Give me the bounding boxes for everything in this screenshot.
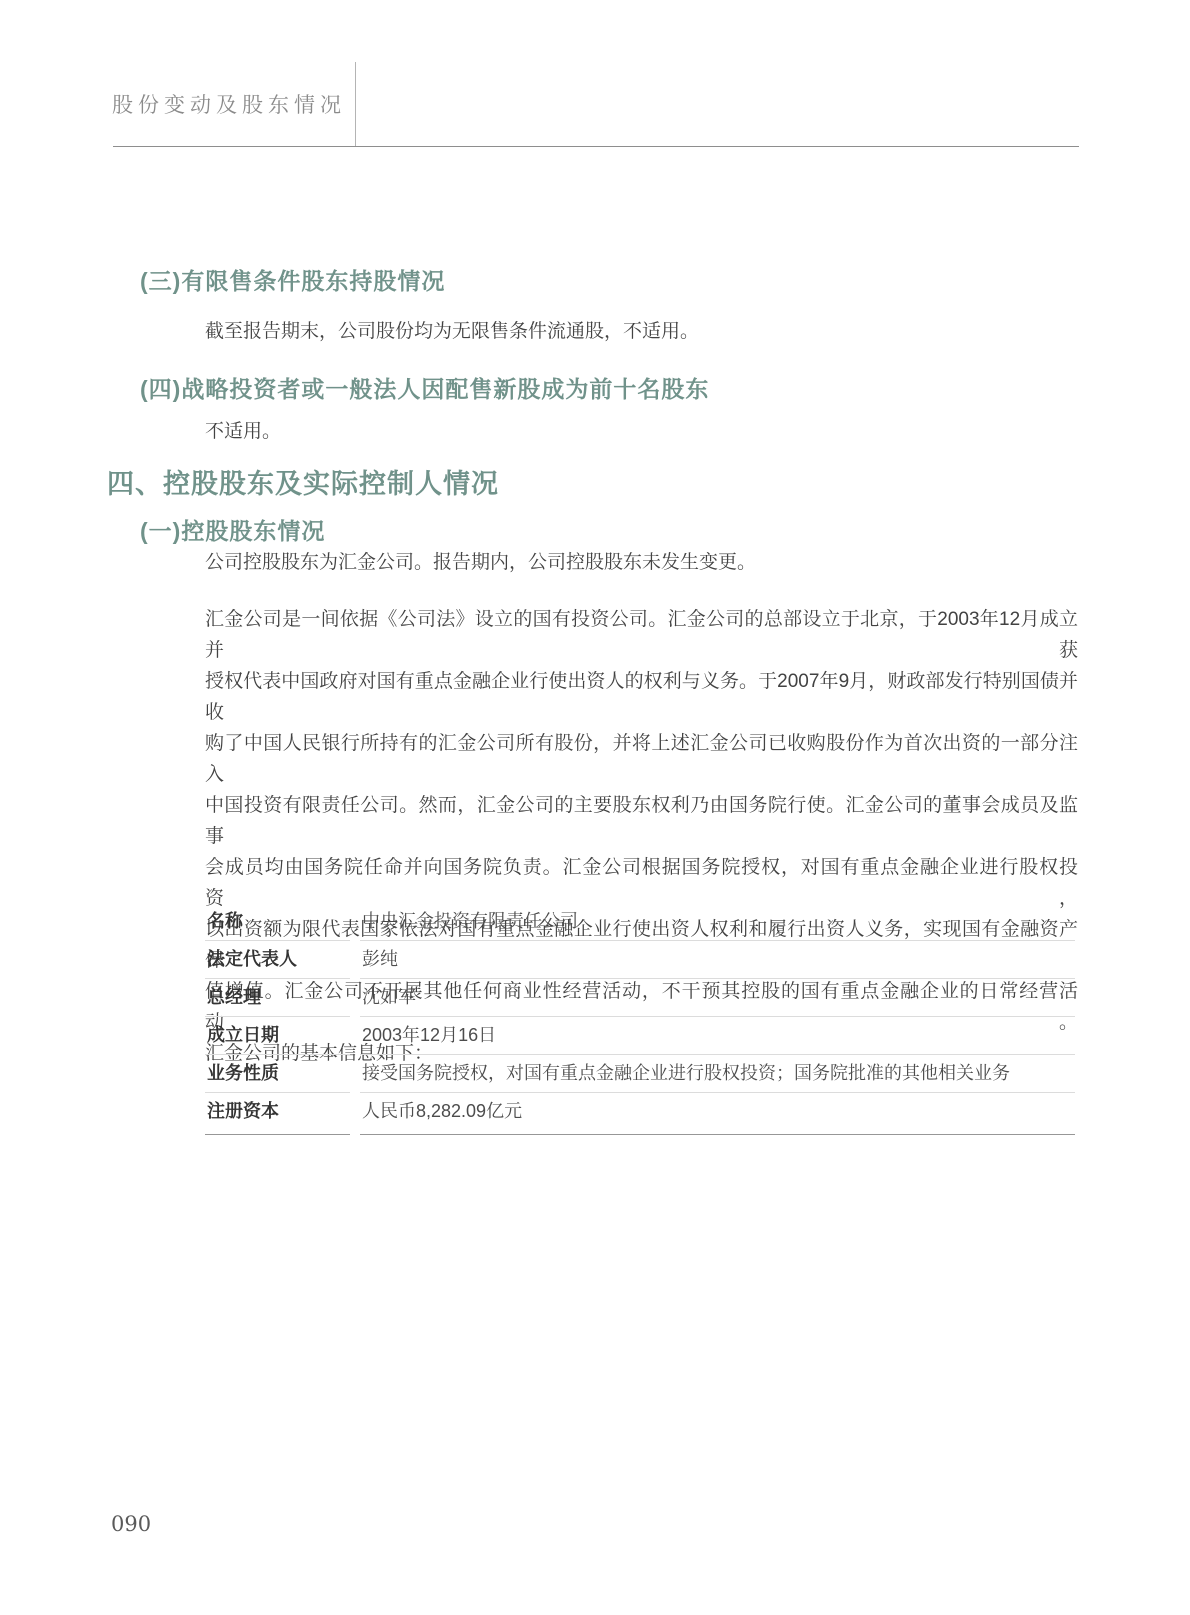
table-row-value: 接受国务院授权，对国有重点金融企业进行股权投资；国务院批准的其他相关业务 <box>360 1055 1075 1093</box>
chapter4-heading: 四、控股股东及实际控制人情况 <box>107 468 499 500</box>
table-row: 法定代表人 彭纯 <box>205 941 1075 979</box>
table-row-label: 业务性质 <box>205 1055 350 1093</box>
table-row: 总经理 沈如军 <box>205 979 1075 1017</box>
table-row-value: 彭纯 <box>360 941 1075 979</box>
table-row-value: 沈如军 <box>360 979 1075 1017</box>
page-number: 090 <box>111 1512 151 1536</box>
section4-heading: (四)战略投资者或一般法人因配售新股成为前十名股东 <box>140 376 709 404</box>
header-vertical-divider <box>355 62 356 146</box>
header-horizontal-rule <box>113 146 1079 147</box>
table-row-label: 注册资本 <box>205 1093 350 1135</box>
paragraph-line: 中国投资有限责任公司。然而，汇金公司的主要股东权利乃由国务院行使。汇金公司的董事… <box>205 790 1078 852</box>
section3-body: 截至报告期末，公司股份均为无限售条件流通股，不适用。 <box>205 318 699 346</box>
table-row: 名称 中央汇金投资有限责任公司 <box>205 903 1075 941</box>
table-row-label: 总经理 <box>205 979 350 1017</box>
table-row-value: 中央汇金投资有限责任公司 <box>360 903 1075 941</box>
table-row-label: 法定代表人 <box>205 941 350 979</box>
section1-paragraph-1: 公司控股股东为汇金公司。报告期内，公司控股股东未发生变更。 <box>205 549 756 577</box>
section4-body: 不适用。 <box>205 418 281 446</box>
table-row-value: 人民币8,282.09亿元 <box>360 1093 1075 1135</box>
company-info-table: 名称 中央汇金投资有限责任公司 法定代表人 彭纯 总经理 沈如军 成立日期 20… <box>205 903 1075 1135</box>
paragraph-line: 汇金公司是一间依据《公司法》设立的国有投资公司。汇金公司的总部设立于北京，于20… <box>205 604 1078 666</box>
section1-heading: (一)控股股东情况 <box>140 518 325 546</box>
running-header-title: 股份变动及股东情况 <box>112 93 346 118</box>
paragraph-line: 购了中国人民银行所持有的汇金公司所有股份，并将上述汇金公司已收购股份作为首次出资… <box>205 728 1078 790</box>
paragraph-line: 授权代表中国政府对国有重点金融企业行使出资人的权利与义务。于2007年9月，财政… <box>205 666 1078 728</box>
table-row: 业务性质 接受国务院授权，对国有重点金融企业进行股权投资；国务院批准的其他相关业… <box>205 1055 1075 1093</box>
report-page: 股份变动及股东情况 (三)有限售条件股东持股情况 截至报告期末，公司股份均为无限… <box>0 0 1190 1615</box>
table-row-label: 成立日期 <box>205 1017 350 1055</box>
table-row: 成立日期 2003年12月16日 <box>205 1017 1075 1055</box>
table-row: 注册资本 人民币8,282.09亿元 <box>205 1093 1075 1135</box>
table-row-value: 2003年12月16日 <box>360 1017 1075 1055</box>
section3-heading: (三)有限售条件股东持股情况 <box>140 268 445 296</box>
table-row-label: 名称 <box>205 903 350 941</box>
